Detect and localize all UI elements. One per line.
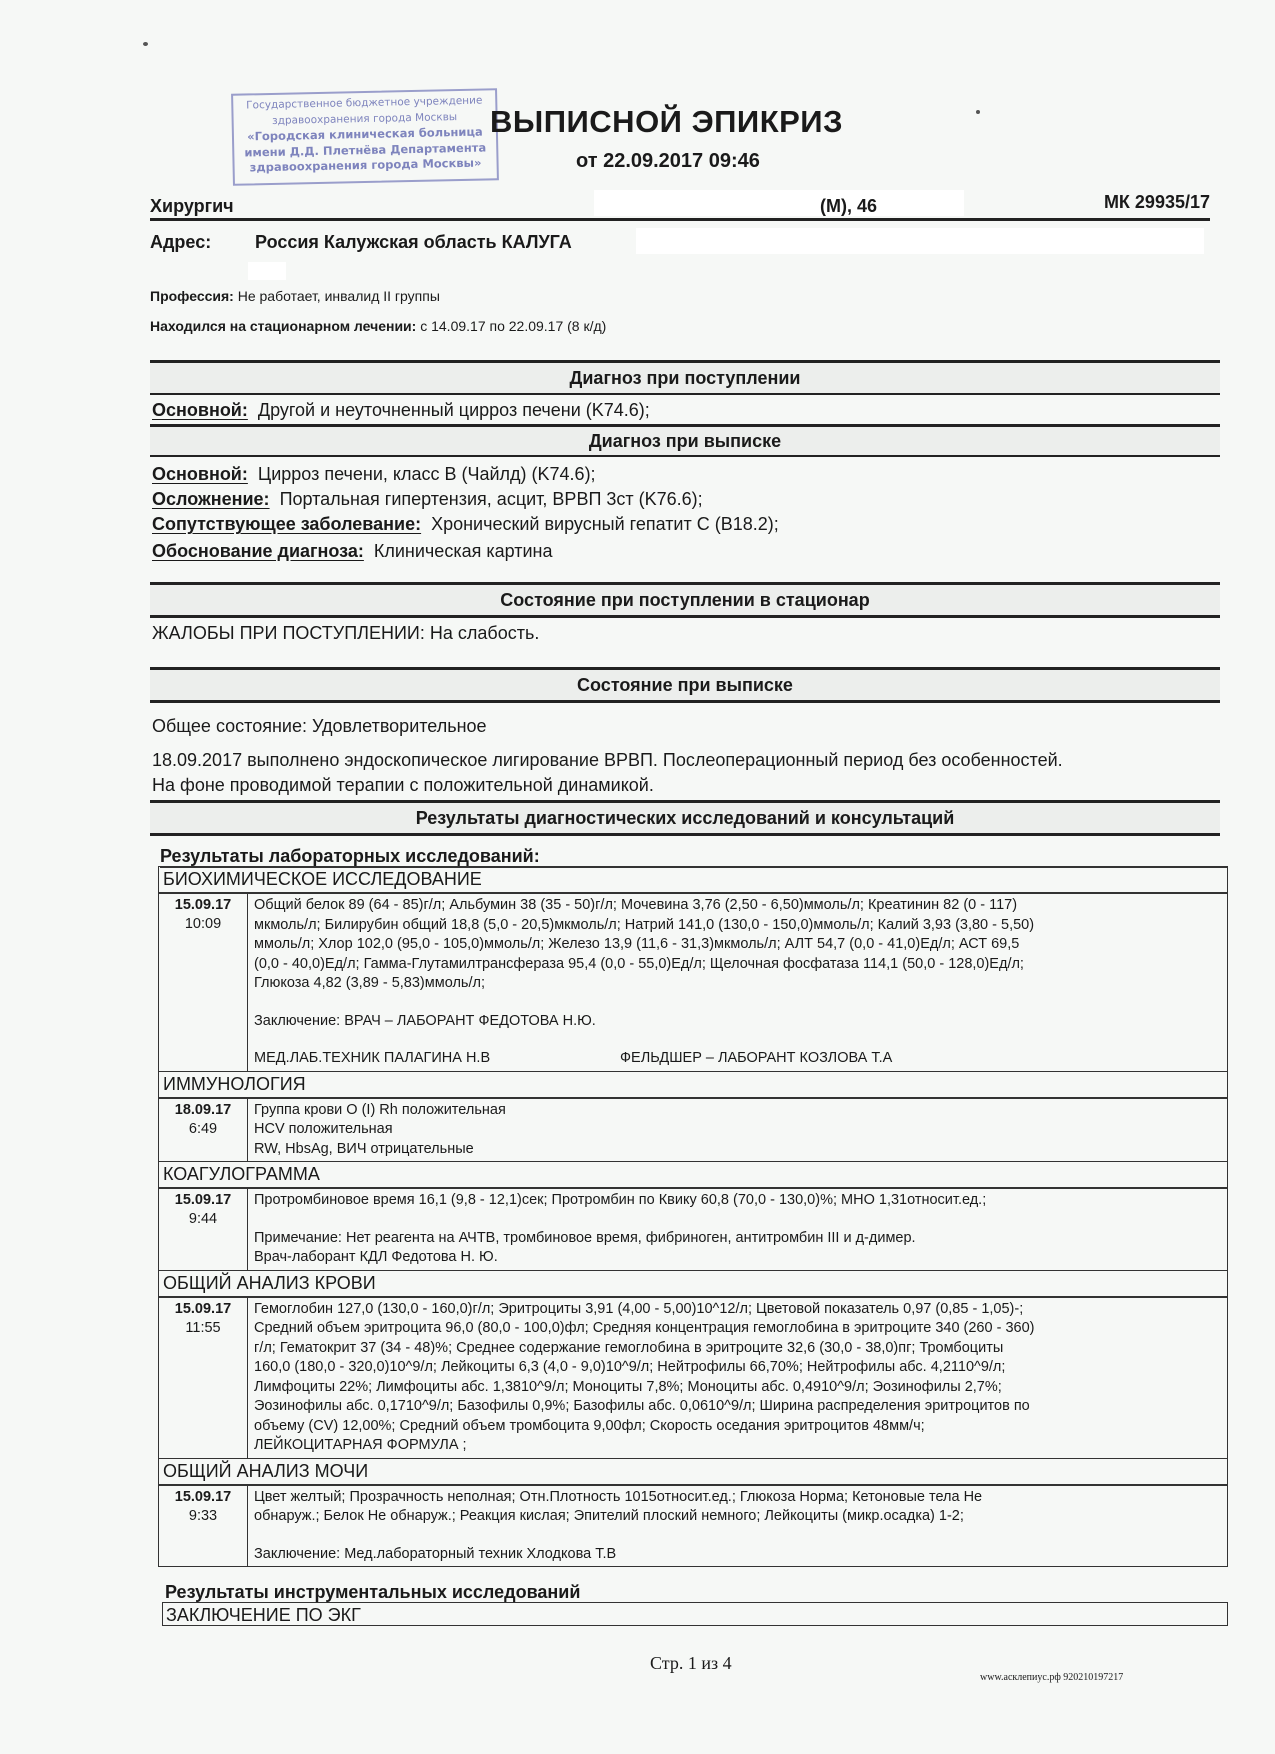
stay-line: Находился на стационарном лечении: с 14.… (150, 318, 606, 334)
sex-age: (М), 46 (820, 196, 877, 217)
lab-signer: ФЕЛЬДШЕР – ЛАБОРАНТ КОЗЛОВА Т.А (620, 1049, 892, 1069)
diagnosis-value: Цирроз печени, класс В (Чайлд) (K74.6); (258, 464, 596, 484)
lab-line: Общий белок 89 (64 - 85)г/л; Альбумин 38… (254, 896, 1221, 916)
lab-datetime: 15.09.17 11:55 (159, 1297, 248, 1459)
table-row: ИММУНОЛОГИЯ (159, 1071, 1228, 1098)
lab-section-title: БИОХИМИЧЕСКОЕ ИССЛЕДОВАНИЕ (159, 867, 1228, 894)
lab-body: Общий белок 89 (64 - 85)г/л; Альбумин 38… (248, 893, 1228, 1071)
document-date: от 22.09.2017 09:46 (576, 150, 760, 173)
lab-line: (0,0 - 40,0)Ед/л; Гамма-Глутамилтрансфер… (254, 955, 1221, 975)
lab-signer: МЕД.ЛАБ.ТЕХНИК ПАЛАГИНА Н.В (254, 1049, 620, 1069)
profession-line: Профессия: Не работает, инвалид II групп… (150, 288, 440, 304)
admission-diagnosis-heading: Диагноз при поступлении (150, 360, 1220, 395)
table-row: 18.09.17 6:49 Группа крови О (I) Rh поло… (159, 1098, 1228, 1162)
table-row: 15.09.17 11:55 Гемоглобин 127,0 (130,0 -… (159, 1297, 1228, 1459)
scan-speck (976, 110, 980, 114)
lab-datetime: 15.09.17 10:09 (159, 893, 248, 1071)
scan-speck (143, 42, 148, 46)
diagnosis-value: Хронический вирусный гепатит С (B18.2); (431, 514, 779, 534)
lab-results-table: БИОХИМИЧЕСКОЕ ИССЛЕДОВАНИЕ 15.09.17 10:0… (158, 866, 1228, 1567)
lab-line: Группа крови О (I) Rh положительная (254, 1101, 1221, 1121)
diagnosis-label: Обоснование диагноза: (152, 541, 364, 561)
lab-conclusion: Заключение: ВРАЧ – ЛАБОРАНТ ФЕДОТОВА Н.Ю… (254, 1012, 1221, 1032)
lab-line: ммоль/л; Хлор 102,0 (95,0 - 105,0)ммоль/… (254, 935, 1221, 955)
discharge-note-line: На фоне проводимой терапии с положительн… (152, 775, 654, 796)
ekg-section-title: ЗАКЛЮЧЕНИЕ ПО ЭКГ (162, 1602, 1228, 1626)
lab-line: Эозинофилы абс. 0,1710^9/л; Базофилы 0,9… (254, 1397, 1221, 1417)
lab-line: Протромбиновое время 16,1 (9,8 - 12,1)се… (254, 1191, 1221, 1211)
table-row: 15.09.17 9:33 Цвет желтый; Прозрачность … (159, 1485, 1228, 1567)
table-row: 15.09.17 9:44 Протромбиновое время 16,1 … (159, 1188, 1228, 1270)
lab-line: Цвет желтый; Прозрачность неполная; Отн.… (254, 1488, 1221, 1508)
diagnosis-value: Портальная гипертензия, асцит, ВРВП 3ст … (280, 489, 703, 509)
profession-label: Профессия: (150, 288, 234, 304)
address-line: Адрес: Россия Калужская область КАЛУГА (150, 232, 572, 253)
lab-line: Гемоглобин 127,0 (130,0 - 160,0)г/л; Эри… (254, 1300, 1221, 1320)
lab-body: Протромбиновое время 16,1 (9,8 - 12,1)се… (248, 1188, 1228, 1270)
document-title: ВЫПИСНОЙ ЭПИКРИЗ (490, 104, 843, 140)
discharge-diagnosis-item: Сопутствующее заболевание:Хронический ви… (152, 514, 779, 535)
instrumental-results-heading: Результаты инструментальных исследований (165, 1582, 580, 1603)
lab-line: обнаруж.; Белок Не обнаруж.; Реакция кис… (254, 1507, 1221, 1527)
lab-body: Цвет желтый; Прозрачность неполная; Отн.… (248, 1485, 1228, 1567)
lab-line: Глюкоза 4,82 (3,89 - 5,83)ммоль/л; (254, 974, 1221, 994)
lab-section-title: ИММУНОЛОГИЯ (159, 1071, 1228, 1098)
lab-time: 6:49 (189, 1121, 217, 1137)
lab-line: ЛЕЙКОЦИТАРНАЯ ФОРМУЛА ; (254, 1436, 1221, 1456)
table-row: БИОХИМИЧЕСКОЕ ИССЛЕДОВАНИЕ (159, 867, 1228, 894)
lab-date: 18.09.17 (165, 1101, 241, 1120)
table-row: 15.09.17 10:09 Общий белок 89 (64 - 85)г… (159, 893, 1228, 1071)
lab-line: 160,0 (180,0 - 320,0)10^9/л; Лейкоциты 6… (254, 1358, 1221, 1378)
diagnosis-label: Сопутствующее заболевание: (152, 514, 421, 534)
discharge-diagnosis-heading: Диагноз при выписке (150, 424, 1220, 457)
record-number: МК 29935/17 (1104, 192, 1210, 213)
patient-header-row: Хирургич (М), 46 МК 29935/17 (150, 196, 1210, 221)
general-condition: Общее состояние: Удовлетворительное (152, 716, 487, 737)
lab-body: Гемоглобин 127,0 (130,0 - 160,0)г/л; Эри… (248, 1297, 1228, 1459)
table-row: ОБЩИЙ АНАЛИЗ КРОВИ (159, 1270, 1228, 1297)
lab-conclusion: Заключение: Мед.лабораторный техник Хлод… (254, 1545, 1221, 1565)
stay-value: с 14.09.17 по 22.09.17 (8 к/д) (416, 318, 606, 334)
lab-section-title: ОБЩИЙ АНАЛИЗ КРОВИ (159, 1270, 1228, 1297)
lab-time: 9:33 (189, 1508, 217, 1524)
diagnosis-label: Осложнение: (152, 489, 270, 509)
institution-stamp: Государственное бюджетное учреждение здр… (231, 88, 499, 186)
redacted-address-2 (248, 262, 286, 280)
page-number: Стр. 1 из 4 (650, 1653, 732, 1674)
admission-state-heading: Состояние при поступлении в стационар (150, 582, 1220, 618)
discharge-state-heading: Состояние при выписке (150, 667, 1220, 703)
lab-signer: Врач-лаборант КДЛ Федотова Н. Ю. (254, 1248, 1221, 1268)
address-value: Россия Калужская область КАЛУГА (255, 232, 572, 252)
redacted-name (594, 190, 964, 216)
discharge-diagnosis-item: Обоснование диагноза:Клиническая картина (152, 541, 553, 562)
results-heading: Результаты диагностических исследований … (150, 800, 1220, 836)
department: Хирургич (150, 196, 234, 217)
lab-datetime: 18.09.17 6:49 (159, 1098, 248, 1162)
lab-datetime: 15.09.17 9:33 (159, 1485, 248, 1567)
stay-label: Находился на стационарном лечении: (150, 318, 416, 334)
lab-datetime: 15.09.17 9:44 (159, 1188, 248, 1270)
lab-signers: МЕД.ЛАБ.ТЕХНИК ПАЛАГИНА Н.В ФЕЛЬДШЕР – Л… (254, 1049, 1221, 1069)
profession-value: Не работает, инвалид II группы (234, 288, 440, 304)
lab-note: Примечание: Нет реагента на АЧТВ, тромби… (254, 1229, 1221, 1249)
diagnosis-label: Основной: (152, 464, 248, 484)
lab-date: 15.09.17 (165, 1300, 241, 1319)
diagnosis-value: Другой и неуточненный цирроз печени (K74… (258, 400, 650, 420)
table-row: КОАГУЛОГРАММА (159, 1162, 1228, 1189)
diagnosis-value: Клиническая картина (374, 541, 553, 561)
address-label: Адрес: (150, 232, 250, 253)
complaints: ЖАЛОБЫ ПРИ ПОСТУПЛЕНИИ: На слабость. (152, 623, 539, 644)
diagnosis-label: Основной: (152, 400, 248, 420)
lab-line: мкмоль/л; Билирубин общий 18,8 (5,0 - 20… (254, 916, 1221, 936)
lab-line: Средний объем эритроцита 96,0 (80,0 - 10… (254, 1319, 1221, 1339)
admission-main-diagnosis: Основной:Другой и неуточненный цирроз пе… (152, 400, 650, 421)
lab-section-title: ОБЩИЙ АНАЛИЗ МОЧИ (159, 1458, 1228, 1485)
lab-section-title: КОАГУЛОГРАММА (159, 1162, 1228, 1189)
lab-date: 15.09.17 (165, 896, 241, 915)
lab-line: RW, HbsAg, ВИЧ отрицательные (254, 1140, 1221, 1160)
lab-line: HCV положительная (254, 1120, 1221, 1140)
lab-results-heading: Результаты лабораторных исследований: (160, 846, 1228, 868)
lab-line: объему (CV) 12,00%; Средний объем тромбо… (254, 1417, 1221, 1437)
lab-time: 11:55 (185, 1320, 220, 1336)
table-row: ОБЩИЙ АНАЛИЗ МОЧИ (159, 1458, 1228, 1485)
discharge-diagnosis-item: Осложнение:Портальная гипертензия, асцит… (152, 489, 703, 510)
discharge-diagnosis-item: Основной:Цирроз печени, класс В (Чайлд) … (152, 464, 596, 485)
footer-site: www.асклепиус.рф 920210197217 (980, 1672, 1123, 1683)
lab-line: Лимфоциты 22%; Лимфоциты абс. 1,3810^9/л… (254, 1378, 1221, 1398)
lab-date: 15.09.17 (165, 1488, 241, 1507)
lab-date: 15.09.17 (165, 1191, 241, 1210)
lab-line: г/л; Гематокрит 37 (34 - 48)%; Среднее с… (254, 1339, 1221, 1359)
lab-time: 9:44 (189, 1211, 217, 1227)
discharge-note-line: 18.09.2017 выполнено эндоскопическое лиг… (152, 750, 1063, 771)
lab-body: Группа крови О (I) Rh положительная HCV … (248, 1098, 1228, 1162)
lab-time: 10:09 (185, 916, 221, 932)
redacted-address (636, 228, 1204, 254)
